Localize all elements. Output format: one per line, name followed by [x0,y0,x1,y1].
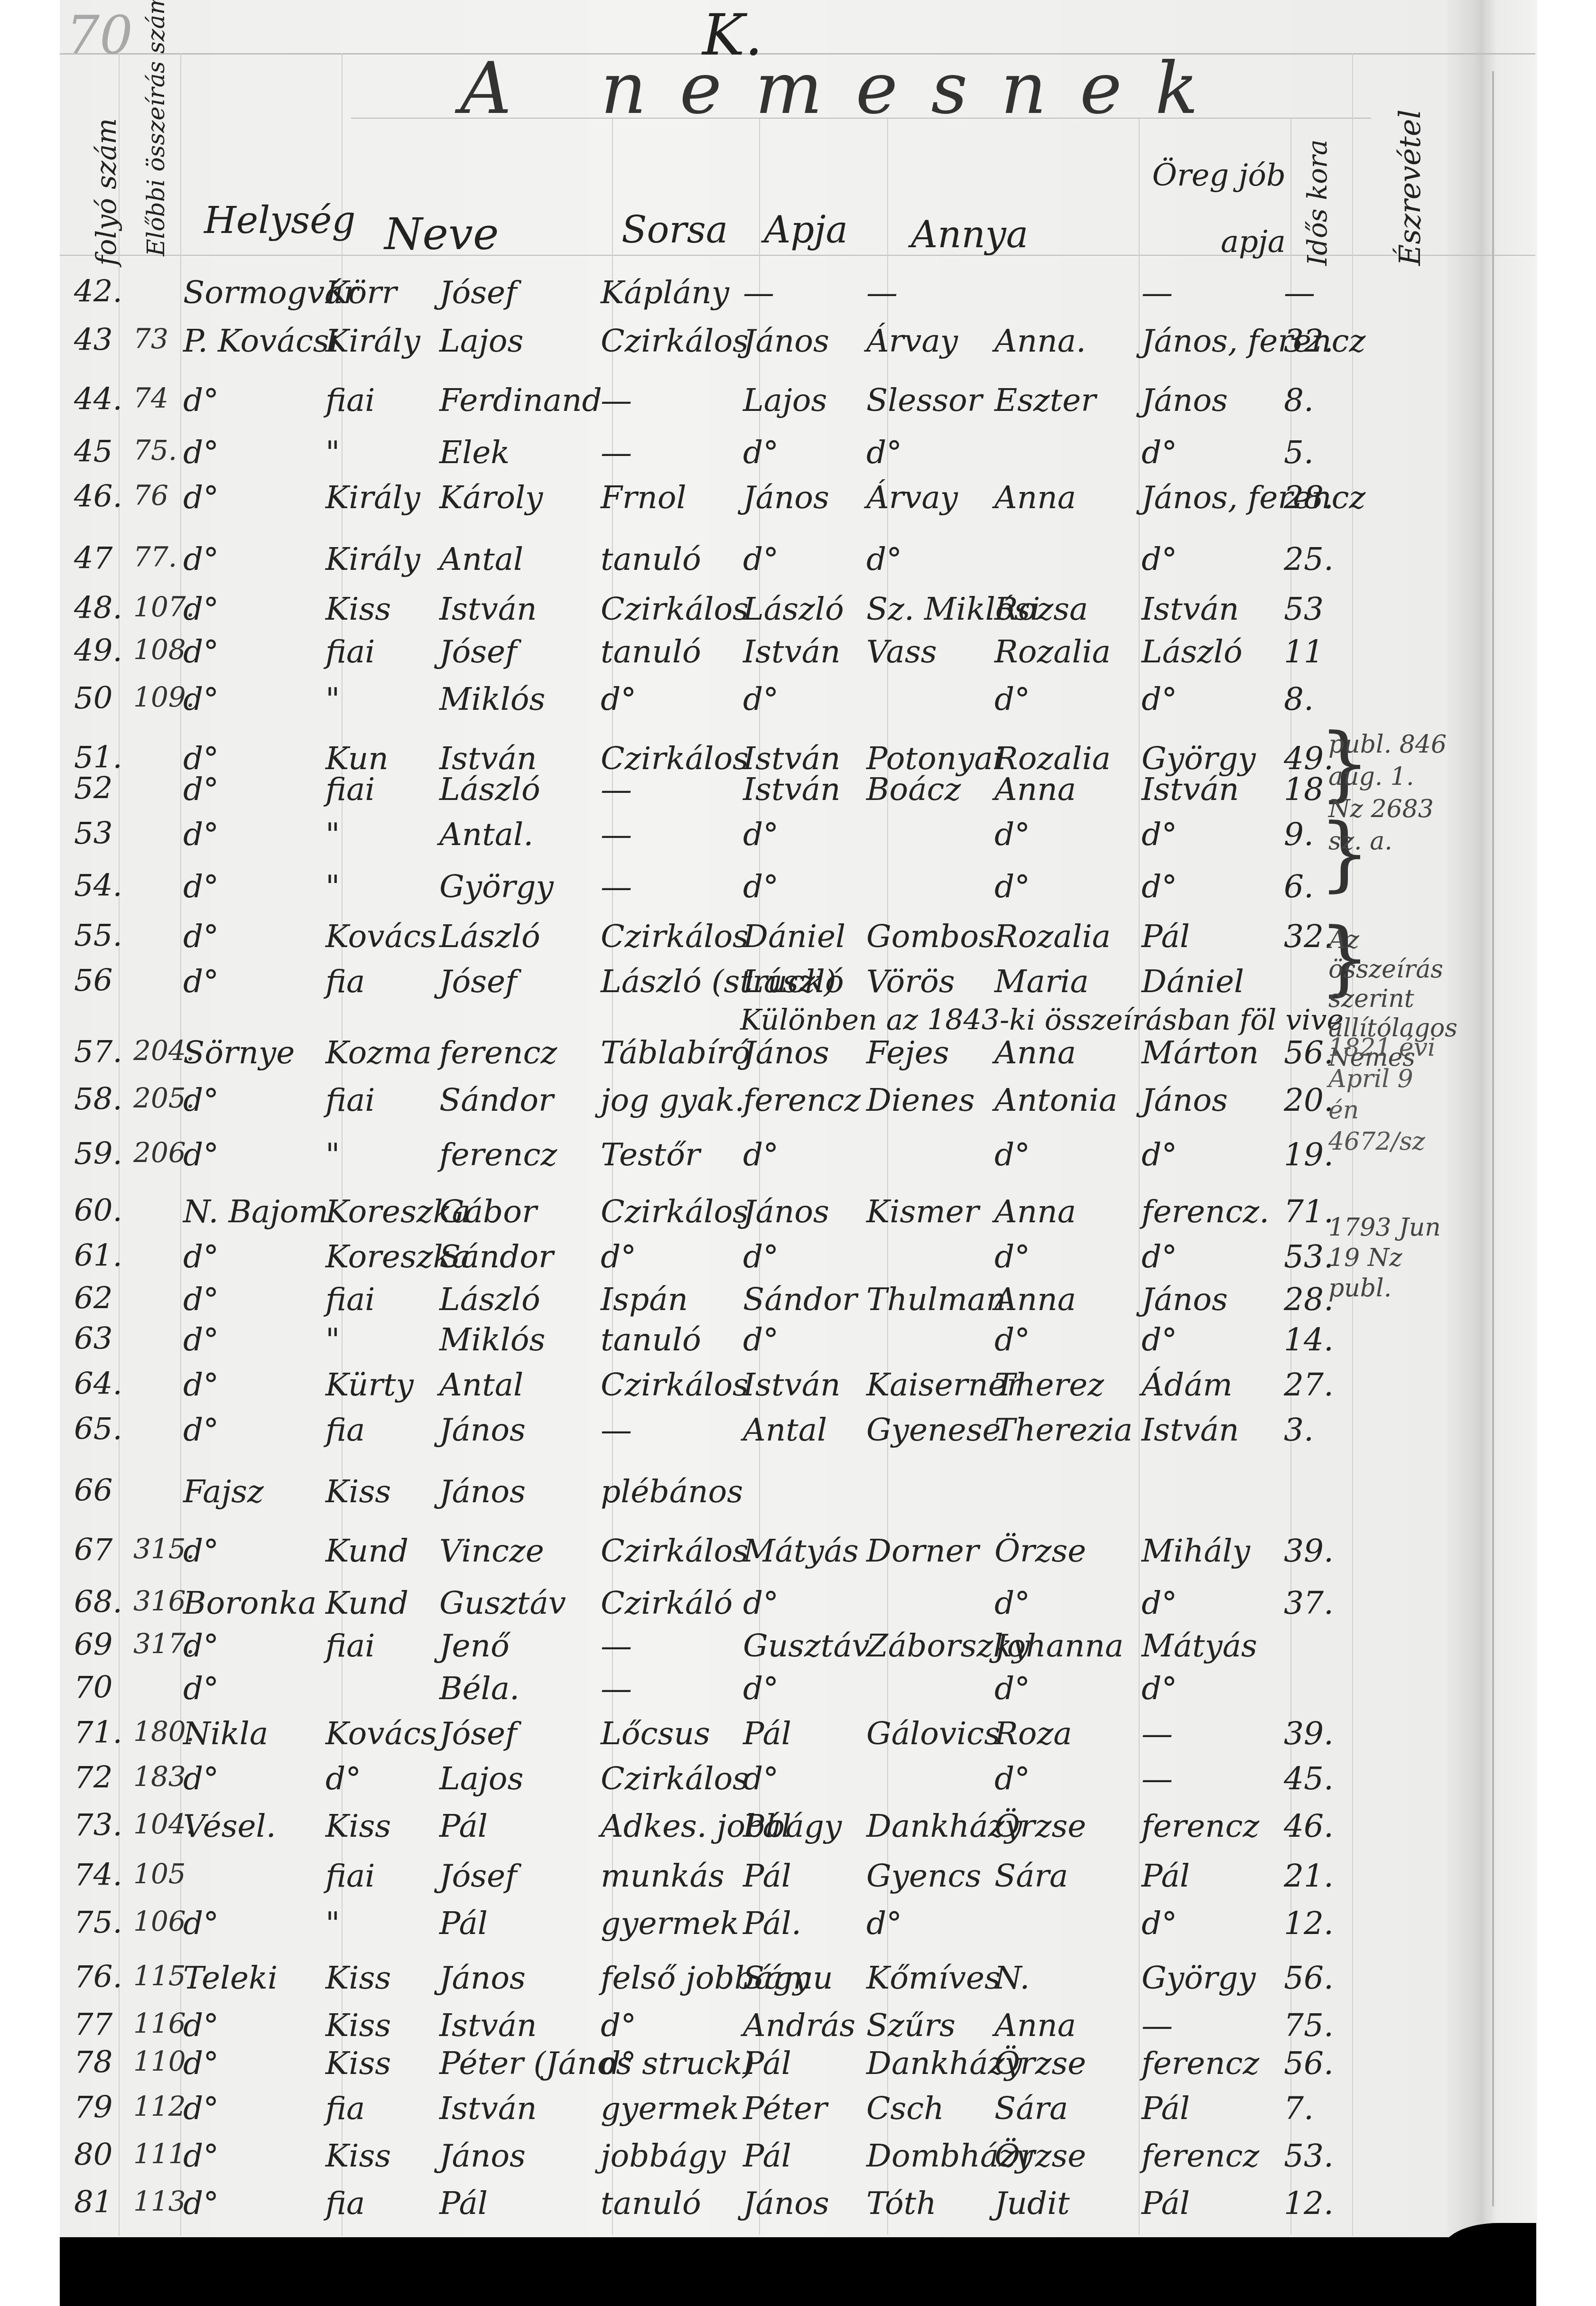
cell-place: d° [183,1533,219,1569]
cell-age: 20. [1284,1082,1334,1118]
table-row: 78110d°KissPéter (János struck)d°PálDank… [60,2045,1459,2092]
cell-age: 9. [1284,816,1314,853]
cell-surname: fia [325,1412,365,1448]
cell-age: 28. [1284,479,1334,516]
cell-place: d° [183,382,219,418]
cell-prev-census-no: 105 [133,1858,186,1890]
col-header-age: Idős kora [1302,139,1333,266]
cell-running-no: 79 [74,2090,112,2125]
cell-father: d° [743,541,779,577]
cell-rank: jobbágy [601,2138,726,2174]
table-row: 44.74d°fiaiFerdinand—LajosSlessorEszterJ… [60,382,1459,429]
cell-rank: Lőcsus [601,1715,710,1752]
cell-mother-surname: Dorner [866,1533,979,1569]
cell-age: 3. [1284,1412,1314,1448]
cell-place: d° [183,1367,219,1403]
cell-age: 12. [1284,2185,1334,2222]
cell-surname: fiai [325,1082,375,1118]
cell-prev-census-no: 77. [133,541,177,573]
cell-prev-census-no: 110 [133,2045,186,2077]
cell-grandfather: d° [1141,816,1177,853]
table-row: 63d°"Miklóstanulód°d°d°14. [60,1321,1459,1369]
cell-mother-surname: Vörös [866,963,955,1000]
cell-grandfather: György [1141,1960,1256,1996]
cell-surname: fia [325,963,365,1000]
cell-father: Pál [743,1808,791,1844]
cell-mother-given: d° [994,868,1030,905]
cell-given-name: Jósef [439,1715,517,1752]
cell-father: — [743,274,774,311]
cell-running-no: 45 [74,434,112,469]
cell-given-name: István [439,2007,537,2044]
cell-place: d° [183,2007,219,2044]
cell-surname: Kiss [325,1808,391,1844]
cell-age: 28. [1284,1281,1334,1318]
cell-place: d° [183,1412,219,1448]
cell-place: d° [183,2090,219,2127]
cell-running-no: 46. [74,479,122,514]
cell-father: Pál [743,1715,791,1752]
cell-place: d° [183,816,219,853]
cell-place: d° [183,1905,219,1942]
cell-prev-census-no: 73 [133,323,168,355]
cell-father: Pál [743,2138,791,2174]
cell-rank: Czirkálos [601,591,749,627]
cell-prev-census-no: 75. [133,434,177,466]
cell-mother-given: d° [994,681,1030,717]
cell-mother-surname: Kőmíves [866,1960,1001,1996]
cell-father: Antal [743,1412,827,1448]
table-row: 60.N. BajomKoreszkaGáborCzirkálosJánosKi… [60,1193,1459,1241]
cell-mother-surname: Vass [866,633,937,670]
cell-surname: " [325,434,340,471]
cell-running-no: 77 [74,2007,112,2042]
cell-surname: Kiss [325,591,391,627]
cell-given-name: Vincze [439,1533,544,1569]
cell-given-name: Jósef [439,633,517,670]
cell-running-no: 67 [74,1533,112,1568]
cell-surname: Kund [325,1533,408,1569]
col-header-mother: Annya [911,214,1028,256]
col-header-running-no: folyó szám [90,118,122,266]
cell-mother-surname: Csch [866,2090,944,2127]
cell-grandfather: Ádám [1141,1367,1233,1403]
cell-rank: d° [601,1238,636,1275]
cell-grandfather: ferencz. [1141,1193,1269,1230]
cell-grandfather: István [1141,1412,1239,1448]
cell-age: 8. [1284,681,1314,717]
cell-given-name: Miklós [439,1321,545,1358]
cell-running-no: 78 [74,2045,112,2080]
col-header-father: Apja [764,209,848,251]
cell-father: Péter [743,2090,827,2127]
cell-place: d° [183,771,219,808]
cell-given-name: Pál [439,2185,488,2222]
cell-age: 46. [1284,1808,1334,1844]
cell-given-name: István [439,591,537,627]
cell-running-no: 44. [74,382,122,417]
cell-age: 25. [1284,541,1334,577]
cell-running-no: 64. [74,1367,122,1402]
cell-running-no: 55. [74,918,122,953]
cell-place: P. Kovácsi [183,323,339,359]
cell-surname: Kiss [325,2138,391,2174]
cell-place: d° [183,868,219,905]
cell-surname: Király [325,323,420,359]
cell-rank: plébános [601,1473,743,1510]
cell-given-name: ferencz [439,1034,557,1071]
cell-rank: — [601,434,632,471]
cell-rank: munkás [601,1858,724,1894]
cell-rank: d° [601,681,636,717]
cell-given-name: László [439,1281,540,1318]
cell-given-name: Péter (János struck) [439,2045,754,2082]
cell-surname: Kovács [325,918,437,955]
cell-mother-surname: Gyencs [866,1858,981,1894]
cell-father: d° [743,868,779,905]
cell-place: d° [183,2185,219,2222]
cell-rank: d° [601,2045,636,2082]
cell-father: d° [743,681,779,717]
cell-place: d° [183,918,219,955]
col-header-remark: Észrevétel [1392,110,1427,266]
cell-running-no: 76. [74,1960,122,1995]
cell-given-name: Károly [439,479,543,516]
cell-father: Sándor [743,1281,857,1318]
cell-father: János [743,1034,829,1071]
cell-age: 71. [1284,1193,1334,1230]
cell-mother-surname: Fejes [866,1034,949,1071]
cell-age: 8. [1284,382,1314,418]
cell-mother-surname: Kismer [866,1193,979,1230]
cell-place: Fajsz [183,1473,264,1510]
cell-father: János [743,479,829,516]
cell-given-name: János [439,1473,526,1510]
cell-surname: fiai [325,1858,375,1894]
table-row: 57.204.SörnyeKozmaferenczTáblabíróJánosF… [60,1034,1459,1082]
cell-age: 56. [1284,2045,1334,2082]
cell-grandfather: Dániel [1141,963,1244,1000]
cell-grandfather: Pál [1141,918,1190,955]
cell-place: Teleki [183,1960,278,1996]
cell-place: d° [183,2138,219,2174]
cell-running-no: 47 [74,541,112,576]
cell-rank: gyermek [601,2090,739,2127]
cell-running-no: 52 [74,771,112,806]
cell-father: Pál [743,1858,791,1894]
cell-age: 5. [1284,434,1314,471]
cell-running-no: 65. [74,1412,122,1447]
cell-age: 39. [1284,1715,1334,1752]
cell-surname: " [325,681,340,717]
cell-surname: fiai [325,1281,375,1318]
col-header-grandfather: Öreg jób apja [1139,142,1286,275]
cell-grandfather: László [1141,633,1243,670]
cell-father: d° [743,1760,779,1797]
cell-rank: Czirkálos [601,918,749,955]
cell-mother-given: Maria [994,963,1089,1000]
cell-prev-census-no: 108 [133,633,186,666]
cell-place: d° [183,633,219,670]
cell-rank: — [601,868,632,905]
cell-age: 39. [1284,1533,1334,1569]
cell-prev-census-no: 115 [133,1960,186,1992]
cell-given-name: László [439,918,540,955]
cell-place: d° [183,1670,219,1707]
cell-mother-given: Judit [994,2185,1070,2222]
cell-mother-given: Anna [994,771,1076,808]
table-row: 52d°fiaiLászló—IstvánBoáczAnnaIstván18 [60,771,1459,818]
cell-prev-census-no: 111 [133,2138,186,2170]
cell-grandfather: d° [1141,868,1177,905]
cell-grandfather: János [1141,1281,1228,1318]
table-row: 53d°"Antal.—d°d°d°9. [60,816,1459,864]
cell-grandfather: d° [1141,434,1177,471]
cell-place: d° [183,681,219,717]
cell-father: János [743,2185,829,2222]
cell-mother-given: Rozsa [994,591,1088,627]
table-row: 69317.d°fiaiJenő—GusztávZáborszkyJohanna… [60,1627,1459,1675]
table-row: 68.316BoronkaKundGusztávCzirkálód°d°d°37… [60,1585,1459,1632]
cell-rank: Testőr [601,1136,700,1173]
cell-surname: Kiss [325,1473,391,1510]
cell-surname: fiai [325,633,375,670]
cell-grandfather: ferencz [1141,2138,1259,2174]
cell-mother-surname: Dienes [866,1082,975,1118]
cell-grandfather: János [1141,382,1228,418]
cell-place: d° [183,1760,219,1797]
cell-prev-census-no: 74 [133,382,168,414]
cell-mother-given: Sára [994,2090,1068,2127]
cell-father: Pál [743,2045,791,2082]
table-row: 80111d°KissJánosjobbágyPálDombházyÖrzsef… [60,2138,1459,2185]
cell-given-name: Pál [439,1808,488,1844]
cell-age: 19. [1284,1136,1334,1173]
cell-age: 11 [1284,633,1324,670]
cell-surname: " [325,1905,340,1942]
cell-grandfather: ferencz [1141,2045,1259,2082]
cell-mother-given: Anna [994,479,1076,516]
cell-place: d° [183,1136,219,1173]
section-title: A nemesnek [460,47,1232,130]
table-row: 73.104.Vésel.KissPálAdkes. jobbágyPálDan… [60,1808,1459,1855]
cell-mother-given: d° [994,1136,1030,1173]
cell-running-no: 58. [74,1082,122,1117]
cell-mother-given: Anna [994,1034,1076,1071]
table-row: 58.205.d°fiaiSándorjog gyak.ferenczDiene… [60,1082,1459,1129]
cell-grandfather: d° [1141,681,1177,717]
cell-grandfather: d° [1141,1670,1177,1707]
col-header-prev-no: Előbbi összeírás száma [142,0,170,256]
cell-mother-surname: Árvay [866,479,958,516]
col-header-name: Neve [384,209,499,260]
cell-given-name: Sándor [439,1238,554,1275]
cell-mother-given: Antonia [994,1082,1117,1118]
cell-grandfather: d° [1141,541,1177,577]
cell-given-name: Pál [439,1905,488,1942]
cell-rank: d° [601,2007,636,2044]
cell-rank: — [601,1670,632,1707]
cell-father: János [743,1193,829,1230]
table-row: 79112d°fiaIstvángyermekPéterCschSáraPál7… [60,2090,1459,2138]
cell-mother-surname: d° [866,541,902,577]
cell-rank: Frnol [601,479,687,516]
table-row: 54.d°"György—d°d°d°6. [60,868,1459,916]
cell-given-name: Antal. [439,816,533,853]
cell-surname: Kiss [325,1960,391,1996]
cell-surname: Kürty [325,1367,414,1403]
cell-age: — [1284,274,1315,311]
cell-place: d° [183,591,219,627]
cell-running-no: 80 [74,2138,112,2173]
cell-surname: Király [325,541,420,577]
cell-prev-census-no: 106 [133,1905,186,1937]
table-row: 72183d°d°LajosCzirkálosd°d°—45. [60,1760,1459,1808]
cell-mother-surname: Szűrs [866,2007,956,2044]
cell-surname: Kovács [325,1715,437,1752]
cell-grandfather: János [1141,1082,1228,1118]
cell-father: János [743,323,829,359]
cell-surname: fiai [325,1627,375,1664]
cell-grandfather: — [1141,2007,1173,2044]
cell-place: d° [183,1321,219,1358]
table-row: 71.180.NiklaKovácsJósefLőcsusPálGálovics… [60,1715,1459,1763]
cell-rank: gyermek [601,1905,739,1942]
cell-mother-surname: Boácz [866,771,961,808]
cell-surname: Körr [325,274,397,311]
cell-surname: Kiss [325,2007,391,2044]
cell-father: István [743,771,841,808]
cell-given-name: Béla. [439,1670,520,1707]
cell-rank: jog gyak. [601,1082,744,1118]
cell-running-no: 70 [74,1670,112,1705]
cell-given-name: Jenő [439,1627,510,1664]
cell-father: d° [743,434,779,471]
cell-mother-surname: Tóth [866,2185,937,2222]
cell-father: László [743,591,844,627]
cell-running-no: 73. [74,1808,122,1843]
cell-place: d° [183,1082,219,1118]
cell-mother-given: Anna [994,1193,1076,1230]
cell-mother-given: Therez [994,1367,1104,1403]
cell-mother-given: Therezia [994,1412,1132,1448]
cell-grandfather: Pál [1141,2185,1190,2222]
table-row: 61.d°KoreszkaSándord°d°d°d°53. [60,1238,1459,1286]
cell-prev-census-no: 183 [133,1760,186,1793]
cell-place: d° [183,963,219,1000]
cell-place: Vésel. [183,1808,276,1844]
cell-given-name: Antal [439,1367,523,1403]
table-row: 64.d°KürtyAntalCzirkálosIstvánKaisernerT… [60,1367,1459,1414]
margin-note: 1821 évi April 9 én 4672/sz [1328,1032,1442,1157]
cell-prev-census-no: 112 [133,2090,186,2122]
col-header-place: Helység [204,199,355,242]
cell-surname: Kiss [325,2045,391,2082]
table-row: 81113d°fiaPáltanulóJánosTóthJuditPál12. [60,2185,1459,2232]
cell-prev-census-no: 316 [133,1585,186,1617]
cell-running-no: 57. [74,1034,122,1069]
table-row: 65.d°fiaJános—AntalGyeneseThereziaIstván… [60,1412,1459,1459]
cell-given-name: László [439,771,540,808]
cell-given-name: Jósef [439,963,517,1000]
cell-grandfather: István [1141,591,1239,627]
cell-mother-given: d° [994,1760,1030,1797]
cell-surname: fia [325,2185,365,2222]
cell-mother-given: Johanna [994,1627,1123,1664]
cell-father: d° [743,1238,779,1275]
cell-father: Lajos [743,382,827,418]
cell-mother-surname: Thulman [866,1281,1006,1318]
cell-age: 45. [1284,1760,1334,1797]
cell-running-no: 53 [74,816,112,851]
cell-rank: — [601,1412,632,1448]
cell-mother-given: d° [994,1321,1030,1358]
cell-running-no: 69 [74,1627,112,1663]
cell-mother-surname: Slessor [866,382,982,418]
cell-mother-given: Anna [994,2007,1076,2044]
cell-age: 56. [1284,1034,1334,1071]
cell-prev-census-no: 206 [133,1136,186,1169]
cell-father: Pál. [743,1905,801,1942]
cell-father: László [743,963,844,1000]
cell-surname: " [325,1136,340,1173]
cell-age: 53 [1284,591,1324,627]
cell-given-name: György [439,868,554,905]
cell-rank: Czirkálos [601,1533,749,1569]
cell-running-no: 81 [74,2185,112,2220]
cell-mother-given: N. [994,1960,1030,1996]
cell-father: Gusztáv [743,1627,870,1664]
table-row: 59.206d°"ferenczTestőrd°d°d°19. [60,1136,1459,1184]
cell-surname: " [325,868,340,905]
table-row: 4777.d°KirályAntaltanulód°d°d°25. [60,541,1459,588]
cell-grandfather: Mihály [1141,1533,1250,1569]
cell-father: András [743,2007,855,2044]
cell-father: d° [743,1321,779,1358]
cell-grandfather: d° [1141,1585,1177,1621]
margin-note: publ. 846 aug. 1. Nz 2683 sz. a. [1328,728,1452,857]
cell-mother-given: d° [994,816,1030,853]
col-header-rank: Sorsa [622,209,728,251]
cell-grandfather: Márton [1141,1034,1259,1071]
cell-rank: tanuló [601,2185,701,2222]
cell-age: 75. [1284,2007,1334,2044]
cell-running-no: 48. [74,591,122,626]
cell-running-no: 51. [74,740,122,775]
cell-grandfather: d° [1141,1136,1177,1173]
cell-rank: — [601,771,632,808]
cell-father: d° [743,1136,779,1173]
cell-father: Dániel [743,918,845,955]
cell-rank: Táblabíró [601,1034,751,1071]
cell-given-name: Gábor [439,1193,537,1230]
cell-surname: Király [325,479,420,516]
cell-grandfather: d° [1141,1238,1177,1275]
cell-given-name: Miklós [439,681,545,717]
cell-grandfather: d° [1141,1905,1177,1942]
scan-border [60,2237,1536,2306]
cell-running-no: 42. [74,274,122,309]
cell-running-no: 54. [74,868,122,903]
cell-mother-given: Örzse [994,1533,1086,1569]
cell-given-name: Elek [439,434,510,471]
cell-place: d° [183,541,219,577]
cell-running-no: 49. [74,633,122,669]
table-row: 48.107.d°KissIstvánCzirkálosLászlóSz. Mi… [60,591,1459,638]
cell-given-name: Gusztáv [439,1585,566,1621]
cell-mother-given: d° [994,1670,1030,1707]
table-row: 55.d°KovácsLászlóCzirkálosDánielGombosRo… [60,918,1459,966]
